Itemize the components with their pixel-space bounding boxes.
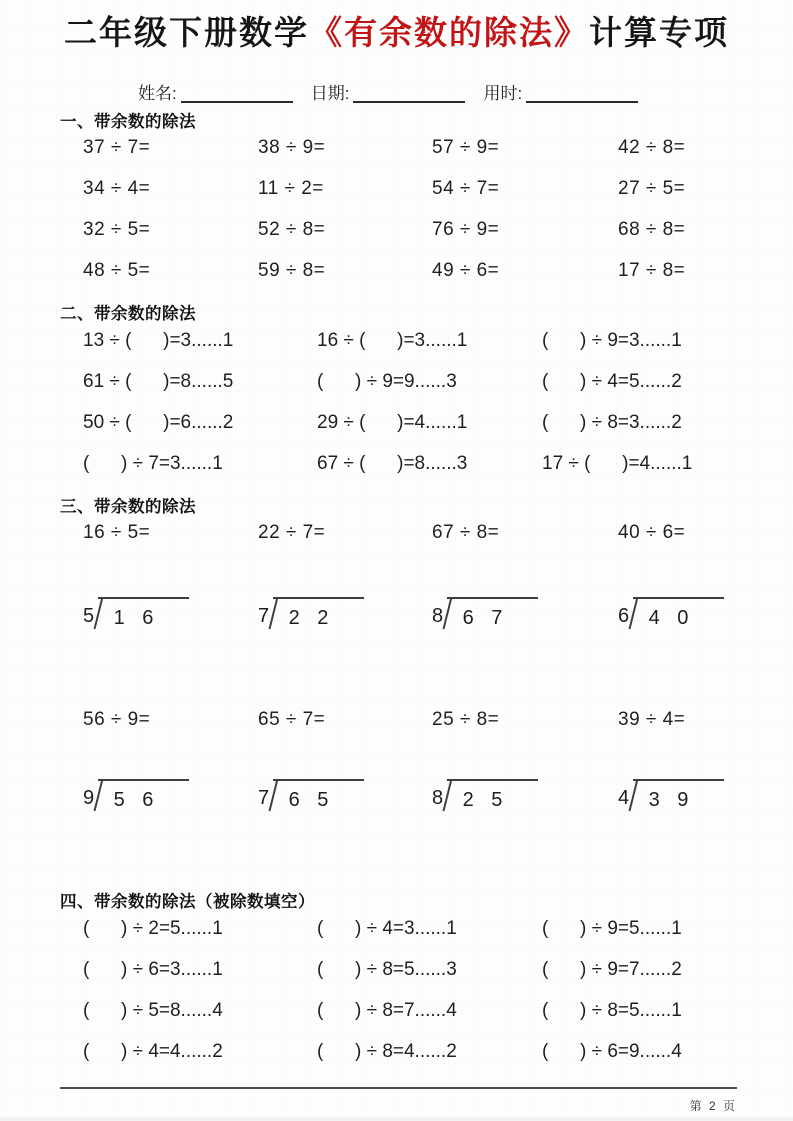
problem: 32 ÷ 5= bbox=[83, 219, 258, 241]
problem: 13 ÷ ( )=3......1 bbox=[83, 330, 317, 352]
problem: ( ) ÷ 4=3......1 bbox=[317, 918, 542, 940]
long-division-problem: 51 6 bbox=[83, 597, 258, 635]
ld-dividend: 6 7 bbox=[447, 597, 539, 635]
problem: ( ) ÷ 8=7......4 bbox=[317, 1000, 542, 1022]
footer-divider bbox=[60, 1087, 737, 1089]
problem: 59 ÷ 8= bbox=[258, 260, 432, 282]
problem: ( ) ÷ 6=9......4 bbox=[542, 1041, 763, 1063]
problem: 42 ÷ 8= bbox=[618, 137, 763, 159]
problem: ( ) ÷ 9=5......1 bbox=[542, 918, 763, 940]
problem: 34 ÷ 4= bbox=[83, 178, 258, 200]
worksheet-page: 二年级下册数学《有余数的除法》计算专项 姓名: 日期: 用时: 一、带余数的除法… bbox=[0, 0, 793, 1121]
problem: 16 ÷ 5= bbox=[83, 522, 258, 544]
problem: 54 ÷ 7= bbox=[432, 178, 618, 200]
name-label: 姓名: bbox=[138, 79, 177, 104]
section3-longdivision-row1: 51 6 72 2 86 7 64 0 bbox=[83, 597, 763, 635]
problem: ( ) ÷ 9=9......3 bbox=[317, 371, 542, 393]
problem: 37 ÷ 7= bbox=[83, 137, 258, 159]
section3-heading: 三、带余数的除法 bbox=[60, 493, 793, 517]
ld-dividend: 4 0 bbox=[633, 597, 725, 635]
problem: 11 ÷ 2= bbox=[258, 178, 432, 200]
problem: 52 ÷ 8= bbox=[258, 219, 432, 241]
problem: ( ) ÷ 8=5......1 bbox=[542, 1000, 763, 1022]
problem: ( ) ÷ 9=7......2 bbox=[542, 959, 763, 981]
time-label: 用时: bbox=[483, 79, 522, 104]
section2-heading: 二、带余数的除法 bbox=[60, 300, 793, 324]
long-division-problem: 72 2 bbox=[258, 597, 432, 635]
date-blank-line bbox=[353, 87, 465, 103]
ld-dividend: 6 5 bbox=[273, 779, 365, 817]
section4-heading: 四、带余数的除法（被除数填空） bbox=[60, 888, 793, 912]
problem: 25 ÷ 8= bbox=[432, 709, 618, 731]
page-title: 二年级下册数学《有余数的除法》计算专项 bbox=[0, 0, 793, 55]
name-blank-line bbox=[181, 87, 293, 103]
student-info-row: 姓名: 日期: 用时: bbox=[138, 79, 793, 104]
problem: 49 ÷ 6= bbox=[432, 260, 618, 282]
problem: ( ) ÷ 8=3......2 bbox=[542, 412, 763, 434]
section2-problems: 13 ÷ ( )=3......1 16 ÷ ( )=3......1 ( ) … bbox=[83, 330, 763, 475]
problem: 17 ÷ ( )=4......1 bbox=[542, 453, 763, 475]
problem: 76 ÷ 9= bbox=[432, 219, 618, 241]
long-division-problem: 76 5 bbox=[258, 779, 432, 817]
ld-dividend: 5 6 bbox=[98, 779, 190, 817]
problem: ( ) ÷ 5=8......4 bbox=[83, 1000, 317, 1022]
problem: 17 ÷ 8= bbox=[618, 260, 763, 282]
page-bottom-edge bbox=[0, 1117, 793, 1121]
problem: ( ) ÷ 2=5......1 bbox=[83, 918, 317, 940]
problem: 16 ÷ ( )=3......1 bbox=[317, 330, 542, 352]
problem: ( ) ÷ 4=4......2 bbox=[83, 1041, 317, 1063]
section3-equations-row1: 16 ÷ 5= 22 ÷ 7= 67 ÷ 8= 40 ÷ 6= bbox=[83, 522, 763, 544]
long-division-problem: 86 7 bbox=[432, 597, 618, 635]
problem: ( ) ÷ 8=5......3 bbox=[317, 959, 542, 981]
problem: 57 ÷ 9= bbox=[432, 137, 618, 159]
problem: ( ) ÷ 8=4......2 bbox=[317, 1041, 542, 1063]
section1-heading: 一、带余数的除法 bbox=[60, 108, 793, 132]
ld-dividend: 2 5 bbox=[447, 779, 539, 817]
long-division-problem: 43 9 bbox=[618, 779, 763, 817]
problem: 48 ÷ 5= bbox=[83, 260, 258, 282]
problem: 40 ÷ 6= bbox=[618, 522, 763, 544]
problem: ( ) ÷ 4=5......2 bbox=[542, 371, 763, 393]
problem: ( ) ÷ 6=3......1 bbox=[83, 959, 317, 981]
problem: 27 ÷ 5= bbox=[618, 178, 763, 200]
section4-problems: ( ) ÷ 2=5......1 ( ) ÷ 4=3......1 ( ) ÷ … bbox=[83, 918, 763, 1063]
section3-longdivision-row2: 95 6 76 5 82 5 43 9 bbox=[83, 779, 763, 817]
problem: ( ) ÷ 9=3......1 bbox=[542, 330, 763, 352]
section3-equations-row2: 56 ÷ 9= 65 ÷ 7= 25 ÷ 8= 39 ÷ 4= bbox=[83, 709, 763, 731]
problem: ( ) ÷ 7=3......1 bbox=[83, 453, 317, 475]
problem: 56 ÷ 9= bbox=[83, 709, 258, 731]
long-division-problem: 82 5 bbox=[432, 779, 618, 817]
date-label: 日期: bbox=[311, 79, 350, 104]
ld-dividend: 2 2 bbox=[273, 597, 365, 635]
long-division-problem: 95 6 bbox=[83, 779, 258, 817]
title-prefix: 二年级下册数学 bbox=[64, 14, 309, 51]
problem: 67 ÷ 8= bbox=[432, 522, 618, 544]
problem: 50 ÷ ( )=6......2 bbox=[83, 412, 317, 434]
ld-dividend: 3 9 bbox=[633, 779, 725, 817]
page-number: 第 2 页 bbox=[690, 1097, 737, 1114]
problem: 67 ÷ ( )=8......3 bbox=[317, 453, 542, 475]
problem: 38 ÷ 9= bbox=[258, 137, 432, 159]
problem: 68 ÷ 8= bbox=[618, 219, 763, 241]
problem: 22 ÷ 7= bbox=[258, 522, 432, 544]
long-division-problem: 64 0 bbox=[618, 597, 763, 635]
section1-problems: 37 ÷ 7= 38 ÷ 9= 57 ÷ 9= 42 ÷ 8= 34 ÷ 4= … bbox=[83, 137, 763, 282]
time-blank-line bbox=[526, 87, 638, 103]
ld-dividend: 1 6 bbox=[98, 597, 190, 635]
problem: 65 ÷ 7= bbox=[258, 709, 432, 731]
title-suffix: 计算专项 bbox=[589, 14, 729, 51]
problem: 61 ÷ ( )=8......5 bbox=[83, 371, 317, 393]
title-highlight: 《有余数的除法》 bbox=[309, 14, 589, 51]
problem: 29 ÷ ( )=4......1 bbox=[317, 412, 542, 434]
problem: 39 ÷ 4= bbox=[618, 709, 763, 731]
